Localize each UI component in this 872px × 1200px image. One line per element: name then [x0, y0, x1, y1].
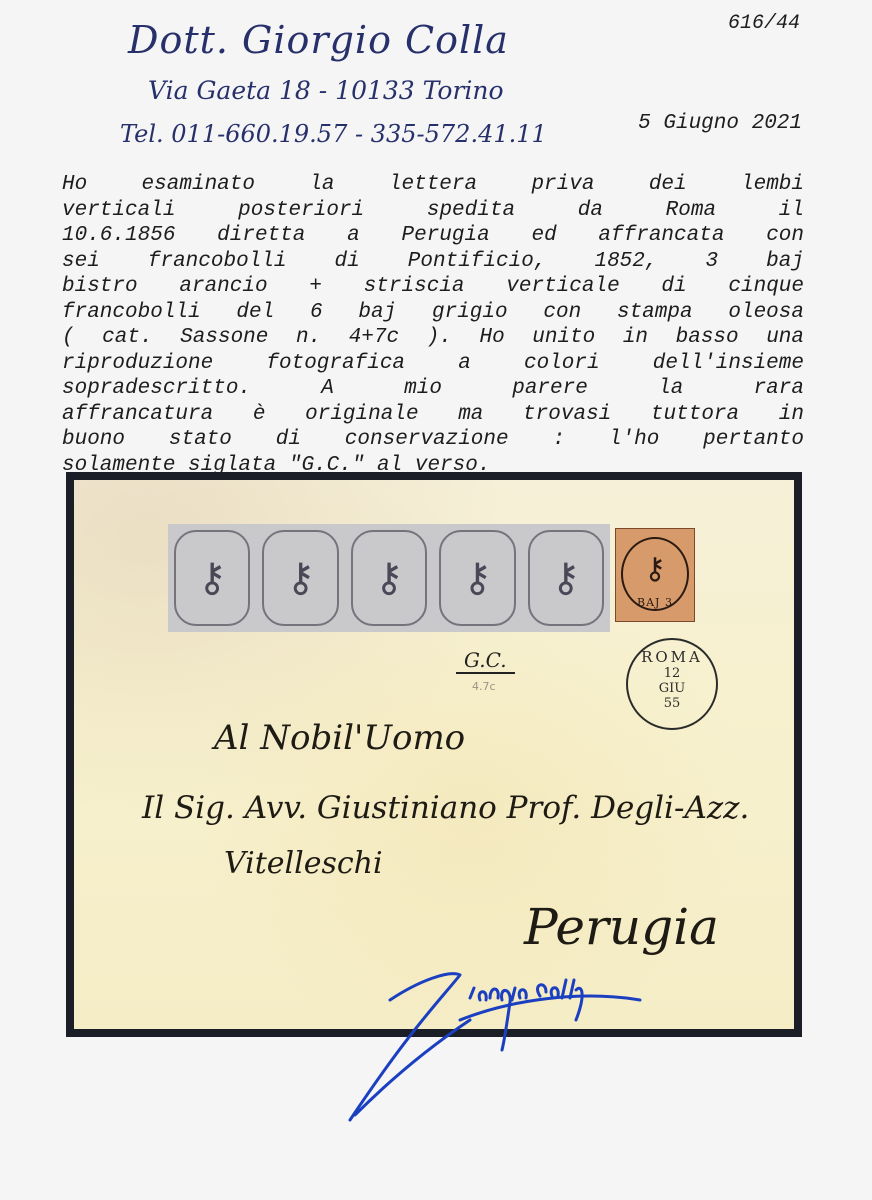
- crossed-keys-icon: ⚷: [198, 555, 227, 601]
- crossed-keys-icon: ⚷: [286, 555, 315, 601]
- crossed-keys-icon: ⚷: [644, 552, 666, 587]
- grey-stamp-strip: ⚷ ⚷ ⚷ ⚷ ⚷: [168, 524, 610, 632]
- certificate-line: 10.6.1856 diretta a Perugia ed affrancat…: [62, 223, 804, 249]
- envelope-cover: ⚷ ⚷ ⚷ ⚷ ⚷ ⚷ BAJ 3 ROMA 12 GIU 55 G.C. 4.…: [74, 480, 794, 1029]
- certificate-line: ( cat. Sassone n. 4+7c ). Ho unito in ba…: [62, 325, 804, 351]
- certificate-text: Ho esaminato la lettera priva dei lembiv…: [62, 172, 804, 478]
- expert-initials: G.C.: [456, 648, 515, 674]
- certificate-line: affrancatura è originale ma trovasi tutt…: [62, 402, 804, 428]
- crossed-keys-icon: ⚷: [374, 555, 403, 601]
- postmark-city: ROMA: [628, 648, 716, 666]
- stamp-6-baj: ⚷: [345, 524, 433, 632]
- certificate-line: sei francobolli di Pontificio, 1852, 3 b…: [62, 249, 804, 275]
- certificate-line: sopradescritto. A mio parere la rara: [62, 376, 804, 402]
- expert-signature: [340, 960, 670, 1130]
- stamp-6-baj: ⚷: [256, 524, 344, 632]
- certificate-line: verticali posteriori spedita da Roma il: [62, 198, 804, 224]
- postmark-month: GIU: [628, 681, 716, 696]
- certificate-number: 616/44: [728, 12, 800, 35]
- cover-photo: ⚷ ⚷ ⚷ ⚷ ⚷ ⚷ BAJ 3 ROMA 12 GIU 55 G.C. 4.…: [66, 472, 802, 1037]
- postmark-year: 55: [628, 696, 716, 711]
- certificate-line: buono stato di conservazione : l'ho pert…: [62, 427, 804, 453]
- pencil-catalog-note: 4.7c: [472, 680, 496, 693]
- certificate-line: Ho esaminato la lettera priva dei lembi: [62, 172, 804, 198]
- postmark-day: 12: [628, 666, 716, 681]
- address-line: Al Nobil'Uomo: [214, 718, 465, 758]
- stamp-3-baj: ⚷ BAJ 3: [615, 528, 695, 622]
- stamp-6-baj: ⚷: [168, 524, 256, 632]
- certificate-line: riproduzione fotografica a colori dell'i…: [62, 351, 804, 377]
- crossed-keys-icon: ⚷: [463, 555, 492, 601]
- stamp-6-baj: ⚷: [433, 524, 521, 632]
- expert-phone: Tel. 011-660.19.57 - 335-572.41.11: [120, 120, 547, 148]
- certificate-line: francobolli del 6 baj grigio con stampa …: [62, 300, 804, 326]
- roma-postmark: ROMA 12 GIU 55: [626, 638, 718, 730]
- certificate-line: bistro arancio + striscia verticale di c…: [62, 274, 804, 300]
- expert-name: Dott. Giorgio Colla: [128, 18, 509, 62]
- expert-address: Via Gaeta 18 - 10133 Torino: [148, 76, 504, 105]
- stamp-6-baj: ⚷: [522, 524, 610, 632]
- stamp-denomination: BAJ 3: [616, 596, 694, 609]
- address-line: Vitelleschi: [224, 846, 383, 881]
- crossed-keys-icon: ⚷: [551, 555, 580, 601]
- certificate-date: 5 Giugno 2021: [638, 112, 802, 135]
- address-city: Perugia: [524, 898, 719, 956]
- address-line: Il Sig. Avv. Giustiniano Prof. Degli-Azz…: [142, 790, 749, 826]
